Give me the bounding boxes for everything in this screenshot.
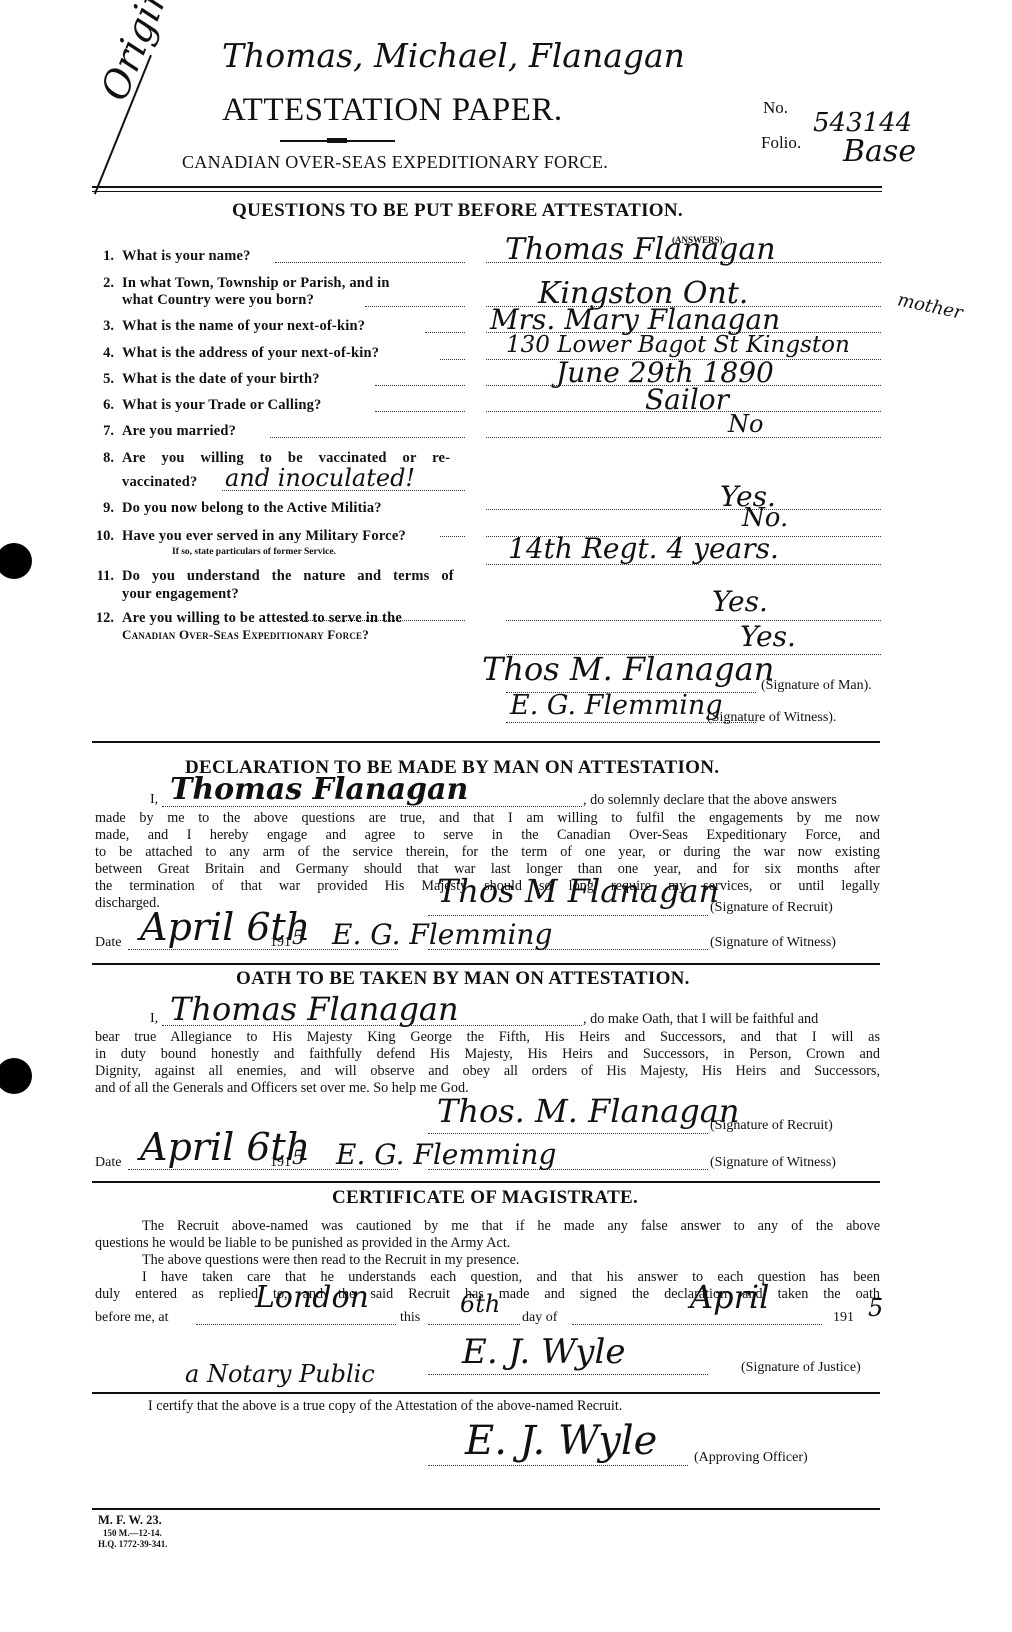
divider-justice-certify [92, 1392, 880, 1394]
oath-witness-signature: E. G. Flemming [336, 1138, 556, 1171]
oath-witness-label: (Signature of Witness) [710, 1155, 836, 1171]
man-signature-label: (Signature of Man). [761, 678, 872, 694]
divider-declaration-oath [92, 963, 880, 965]
punch-hole-lower [0, 1058, 32, 1094]
question-12-number: 12. [90, 610, 114, 627]
punch-hole-upper [0, 543, 32, 579]
question-4-number: 4. [90, 345, 114, 362]
question-11-number: 11. [90, 568, 114, 585]
declaration-year-suffix: 5 [292, 925, 305, 949]
question-12-text-line2: Canadian Over-Seas Expeditionary Force? [122, 627, 369, 643]
question-8-text-line2: vaccinated? [122, 474, 198, 491]
answer-7: No [728, 410, 763, 438]
declaration-name: Thomas Flanagan [170, 772, 468, 807]
answer-9: No. [742, 503, 788, 533]
declaration-line-4: to be attached to any arm of the service… [95, 844, 880, 861]
certify-text: I certify that the above is a true copy … [148, 1398, 622, 1415]
answer-6: Sailor [645, 383, 729, 416]
question-6-leader [375, 411, 465, 412]
officer-signature: E. J. Wyle [465, 1418, 657, 1464]
original-stamp: Original [92, 0, 192, 106]
justice-signature-label: (Signature of Justice) [741, 1360, 861, 1376]
question-8-inline-note: and inoculated! [225, 464, 415, 492]
declaration-witness-label: (Signature of Witness) [710, 935, 836, 951]
declaration-year-prefix: 191 [270, 935, 291, 951]
declaration-recruit-signature-label: (Signature of Recruit) [710, 900, 833, 916]
oath-recruit-signature: Thos. M. Flanagan [437, 1092, 739, 1130]
oath-body: bear true Allegiance to His Majesty King… [95, 1029, 880, 1097]
question-9-number: 9. [90, 500, 114, 517]
oath-i: I, [150, 1011, 158, 1027]
oath-recruit-signature-label: (Signature of Recruit) [710, 1118, 833, 1134]
question-5-number: 5. [90, 371, 114, 388]
document-title: ATTESTATION PAPER. [222, 92, 563, 129]
magistrate-line-2: questions he would be liable to be punis… [95, 1235, 880, 1252]
divider-oath-magistrate [92, 1181, 880, 1183]
officer-signature-label: (Approving Officer) [694, 1450, 808, 1466]
question-1-text: What is your name? [122, 248, 251, 265]
question-11-text-line2: your engagement? [122, 586, 239, 603]
handwritten-full-name: Thomas, Michael, Flanagan [222, 36, 685, 75]
document-subtitle: CANADIAN OVER-SEAS EXPEDITIONARY FORCE. [182, 152, 608, 173]
magistrate-month-line [572, 1324, 822, 1325]
question-7-text: Are you married? [122, 423, 236, 440]
header-divider-top [92, 186, 882, 188]
magistrate-place-line [196, 1324, 396, 1325]
declaration-line-3: made, and I hereby engage and agree to s… [95, 827, 880, 844]
question-1-number: 1. [90, 248, 114, 265]
question-7-number: 7. [90, 423, 114, 440]
justice-signature: E. J. Wyle [462, 1332, 625, 1372]
question-5-leader [375, 385, 465, 386]
oath-line-2: bear true Allegiance to His Majesty King… [95, 1029, 880, 1046]
officer-signature-line [428, 1465, 688, 1466]
oath-date-label: Date [95, 1155, 121, 1171]
folio-value: Base [843, 134, 916, 169]
answer-1: Thomas Flanagan [505, 232, 776, 267]
question-10-text: Have you ever served in any Military For… [122, 528, 406, 545]
answer-8-line [486, 509, 881, 510]
question-9-leader [440, 536, 465, 537]
question-2-number: 2. [90, 275, 114, 292]
question-4-leader [440, 359, 465, 360]
oath-recruit-signature-line [428, 1133, 708, 1134]
question-11-text: Do you understand the nature and terms o… [122, 568, 454, 585]
oath-year-suffix: 5 [292, 1145, 305, 1169]
question-3-leader [425, 332, 465, 333]
print-run: 150 M.—12-14. [103, 1528, 162, 1538]
question-2-text-line2: what Country were you born? [122, 292, 314, 309]
declaration-date-label: Date [95, 935, 121, 951]
question-3-number: 3. [90, 318, 114, 335]
oath-line-3: in duty bound honestly and faithfully de… [95, 1046, 880, 1063]
oath-name: Thomas Flanagan [170, 990, 459, 1028]
question-10-subnote: If so, state particulars of former Servi… [172, 547, 336, 557]
declaration-recruit-signature: Thos M Flanagan [437, 872, 719, 910]
question-6-number: 6. [90, 397, 114, 414]
question-3-text: What is the name of your next-of-kin? [122, 318, 365, 335]
questions-section-title: QUESTIONS TO BE PUT BEFORE ATTESTATION. [232, 200, 683, 222]
question-2-text: In what Town, Township or Parish, and in [122, 275, 390, 292]
question-9-text: Do you now belong to the Active Militia? [122, 500, 382, 517]
magistrate-day-line [428, 1324, 520, 1325]
question-7-leader [270, 437, 465, 438]
question-6-text: What is your Trade or Calling? [122, 397, 322, 414]
oath-year-prefix: 191 [270, 1155, 291, 1171]
question-8-number: 8. [90, 450, 114, 467]
witness-signature: E. G. Flemming [510, 690, 723, 721]
question-10-number: 10. [90, 528, 114, 545]
answer-11: Yes. [712, 585, 768, 618]
man-signature: Thos M. Flanagan [482, 650, 774, 688]
question-1-leader [275, 262, 465, 263]
question-4-text: What is the address of your next-of-kin? [122, 345, 379, 362]
question-12-text: Are you willing to be attested to serve … [122, 610, 402, 627]
declaration-line-1: , do solemnly declare that the above ans… [583, 792, 837, 809]
title-underline-center [327, 138, 347, 143]
declaration-i: I, [150, 792, 158, 808]
divider-footer [92, 1508, 880, 1510]
question-5-text: What is the date of your birth? [122, 371, 320, 388]
oath-title: OATH TO BE TAKEN BY MAN ON ATTESTATION. [236, 968, 690, 990]
answer-12: Yes. [740, 620, 796, 653]
oath-line-4: Dignity, against all enemies, and will o… [95, 1063, 880, 1080]
justice-title: a Notary Public [185, 1360, 375, 1388]
magistrate-line-1: The Recruit above-named was cautioned by… [95, 1218, 880, 1235]
answer-4: 130 Lower Bagot St Kingston [506, 332, 850, 358]
header-divider-bottom [92, 191, 882, 192]
divider-questions-declaration [92, 741, 880, 743]
question-2-leader [365, 306, 465, 307]
oath-line-1: , do make Oath, that I will be faithful … [583, 1011, 818, 1028]
magistrate-before-label: before me, at [95, 1310, 168, 1326]
hq-reference: H.Q. 1772-39-341. [98, 1539, 168, 1549]
declaration-recruit-signature-line [428, 915, 708, 916]
answer-11-line [506, 620, 881, 621]
magistrate-day: 6th [460, 1290, 500, 1318]
form-code: M. F. W. 23. [98, 1513, 162, 1528]
magistrate-month: April [690, 1278, 769, 1316]
declaration-line-2: made by me to the above questions are tr… [95, 810, 880, 827]
magistrate-place: London [255, 1280, 369, 1315]
magistrate-year-suffix: 5 [868, 1294, 883, 1322]
magistrate-day-of-label: day of [522, 1310, 557, 1326]
magistrate-year-prefix: 191 [833, 1310, 854, 1326]
folio-label: Folio. [761, 133, 801, 153]
number-label: No. [763, 98, 788, 118]
answer-7-line [486, 437, 881, 438]
justice-signature-line [428, 1374, 708, 1375]
magistrate-title: CERTIFICATE OF MAGISTRATE. [332, 1187, 638, 1209]
magistrate-this-label: this [400, 1310, 420, 1326]
answer-3-note: mother [896, 289, 965, 323]
declaration-witness-signature: E. G. Flemming [332, 918, 552, 951]
magistrate-line-3: The above questions were then read to th… [95, 1252, 880, 1269]
answer-10: 14th Regt. 4 years. [508, 532, 779, 565]
witness-signature-label: (Signature of Witness). [707, 710, 836, 726]
